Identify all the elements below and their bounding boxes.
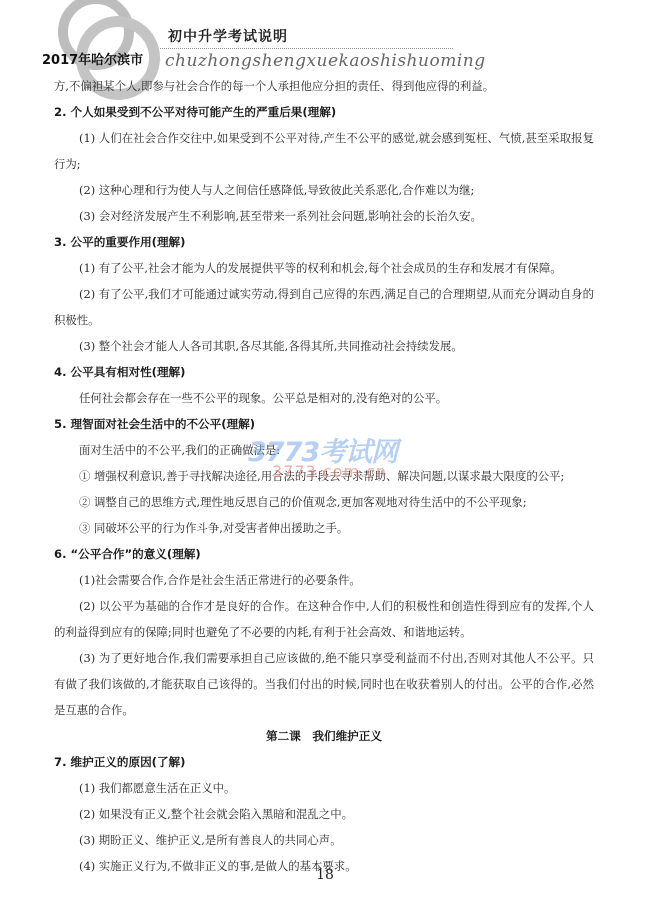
list-item: (3) 期盼正义、维护正义,是所有善良人的共同心声。 <box>54 827 594 853</box>
list-item: (1)社会需要合作,合作是社会生活正常进行的必要条件。 <box>54 567 594 593</box>
list-item: ③ 同破坏公平的行为作斗争,对受害者伸出援助之手。 <box>54 515 594 541</box>
list-item: (1) 人们在社会合作交往中,如果受到不公平对待,产生不公平的感觉,就会感到冤枉… <box>54 125 594 177</box>
list-item: (3) 会对经济发展产生不利影响,甚至带来一系列社会问题,影响社会的长治久安。 <box>54 203 594 229</box>
header-title: 初中升学考试说明 <box>168 26 288 46</box>
page-content: 方,不偏袒某个人,即参与社会合作的每一个人承担他应分担的责任、得到他应得的利益。… <box>54 73 594 879</box>
list-item: (1) 我们都愿意生活在正义中。 <box>54 775 594 801</box>
lesson-title: 第二课 我们维护正义 <box>54 723 594 749</box>
list-item: (3) 整个社会才能人人各司其职,各尽其能,各得其所,共同推动社会持续发展。 <box>54 333 594 359</box>
list-item: (1) 有了公平,社会才能为人的发展提供平等的权利和机会,每个社会成员的生存和发… <box>54 255 594 281</box>
list-item: 任何社会都会存在一些不公平的现象。公平总是相对的,没有绝对的公平。 <box>54 385 594 411</box>
section-heading: 6. “公平合作”的意义(理解) <box>54 541 594 567</box>
page-number: 18 <box>0 867 650 883</box>
section-heading: 3. 公平的重要作用(理解) <box>54 229 594 255</box>
header-pinyin: chuzhongshengxuekaoshishuoming <box>165 51 486 71</box>
list-item: ② 调整自己的思维方式,理性地反思自己的价值观念,更加客观地对待生活中的不公平现… <box>54 489 594 515</box>
header-divider <box>160 48 453 49</box>
list-item: (2) 这种心理和行为使人与人之间信任感降低,导致彼此关系恶化,合作难以为继; <box>54 177 594 203</box>
list-item: (2) 如果没有正义,整个社会就会陷入黑暗和混乱之中。 <box>54 801 594 827</box>
section-heading: 7. 维护正义的原因(了解) <box>54 749 594 775</box>
list-item: 面对生活中的不公平,我们的正确做法是: <box>54 437 594 463</box>
section-heading: 5. 理智面对社会生活中的不公平(理解) <box>54 411 594 437</box>
list-item: (3) 为了更好地合作,我们需要承担自己应该做的,绝不能只享受利益而不付出,否则… <box>54 645 594 723</box>
list-item: (2) 以公平为基础的合作才是良好的合作。在这种合作中,人们的积极性和创造性得到… <box>54 593 594 645</box>
continuation-text: 方,不偏袒某个人,即参与社会合作的每一个人承担他应分担的责任、得到他应得的利益。 <box>54 73 594 99</box>
list-item: (2) 有了公平,我们才可能通过诚实劳动,得到自己应得的东西,满足自己的合理期望… <box>54 281 594 333</box>
list-item: ① 增强权利意识,善于寻找解决途径,用合法的手段去寻求帮助、解决问题,以谋求最大… <box>54 463 594 489</box>
section-heading: 4. 公平具有相对性(理解) <box>54 359 594 385</box>
section-heading: 2. 个人如果受到不公平对待可能产生的严重后果(理解) <box>54 99 594 125</box>
header-year-city: 2017年哈尔滨市 <box>42 49 143 68</box>
